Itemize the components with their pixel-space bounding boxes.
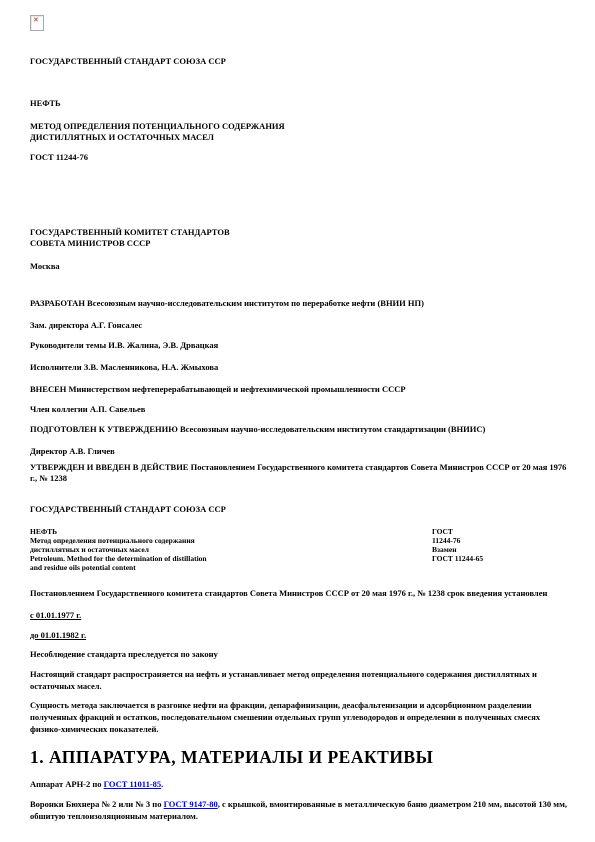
enactment-date-from: с 01.01.1977 г. (30, 610, 567, 621)
deputy-director-line: Зам. директора А.Г. Гонсалес (30, 320, 567, 331)
law-notice: Несоблюдение стандарта преследуется по з… (30, 649, 567, 660)
standard-title-en-line1: Petroleum. Method for the determination … (30, 554, 432, 563)
standard-block-union-standard: ГОСУДАРСТВЕННЫЙ СТАНДАРТ СОЮЗА ССР (30, 504, 567, 515)
submitted-by-line: ВНЕСЕН Министерством нефтеперерабатывающ… (30, 384, 567, 395)
prepared-by-line: ПОДГОТОВЛЕН К УТВЕРЖДЕНИЮ Всесоюзным нау… (30, 424, 567, 435)
method-title-line2: ДИСТИЛЛЯТНЫХ И ОСТАТОЧНЫХ МАСЕЛ (30, 132, 567, 143)
standard-title-en-line2: and residue oils potential content (30, 563, 432, 572)
standard-title-ru-line2: дистиллятных и остаточных масел (30, 545, 432, 554)
gost-11011-85-link[interactable]: ГОСТ 11011-85 (104, 779, 162, 789)
standard-code-label: ГОСТ (432, 527, 483, 536)
executors-line: Исполнители З.В. Масленникова, Н.А. Жмых… (30, 362, 567, 373)
committee-line2: СОВЕТА МИНИСТРОВ СССР (30, 238, 567, 249)
city-label: Москва (30, 261, 567, 272)
standard-subject-ru: НЕФТЬ (30, 527, 432, 536)
standard-title-ru-line1: Метод определения потенциального содержа… (30, 536, 432, 545)
funnel-text-prefix: Воронки Бюхнера № 2 или № 3 по (30, 799, 164, 809)
scope-paragraph: Настоящий стандарт распространяется на н… (30, 668, 567, 692)
developed-by-line: РАЗРАБОТАН Всесоюзным научно-исследовате… (30, 298, 567, 309)
standard-code-number: 11244-76 (432, 536, 483, 545)
section-1-heading: 1. АППАРАТУРА, МАТЕРИАЛЫ И РЕАКТИВЫ (30, 745, 567, 769)
standard-titles: НЕФТЬ Метод определения потенциального с… (30, 527, 432, 572)
standard-replaces-label: Взамен (432, 545, 483, 554)
broken-image-icon: ✕ (30, 15, 44, 31)
masthead-gost-number: ГОСТ 11244-76 (30, 152, 567, 163)
approved-line: УТВЕРЖДЕН И ВВЕДЕН В ДЕЙСТВИЕ Постановле… (30, 462, 567, 484)
document-page: ✕ ГОСУДАРСТВЕННЫЙ СТАНДАРТ СОЮЗА ССР НЕФ… (0, 0, 595, 842)
funnel-paragraph: Воронки Бюхнера № 2 или № 3 по ГОСТ 9147… (30, 798, 567, 822)
standard-replaces-number: ГОСТ 11244-65 (432, 554, 483, 563)
committee-line1: ГОСУДАРСТВЕННЫЙ КОМИТЕТ СТАНДАРТОВ (30, 227, 567, 238)
director-line: Директор А.В. Гличев (30, 446, 567, 457)
apparatus-text-prefix: Аппарат АРН-2 по (30, 779, 104, 789)
topic-leaders-line: Руководители темы И.В. Жалина, Э.В. Дрва… (30, 340, 567, 351)
red-x-icon: ✕ (33, 17, 39, 24)
masthead-method-title: МЕТОД ОПРЕДЕЛЕНИЯ ПОТЕНЦИАЛЬНОГО СОДЕРЖА… (30, 121, 567, 143)
apparatus-text-suffix: . (161, 779, 163, 789)
enactment-decree: Постановлением Государственного комитета… (30, 587, 567, 600)
board-member-line: Член коллегии А.П. Савельев (30, 404, 567, 415)
essence-paragraph: Сущность метода заключается в разгонке н… (30, 699, 567, 735)
standard-codes: ГОСТ 11244-76 Взамен ГОСТ 11244-65 (432, 527, 483, 572)
masthead-subject: НЕФТЬ (30, 98, 567, 109)
standard-designation-table: НЕФТЬ Метод определения потенциального с… (30, 527, 567, 572)
enactment-date-to: до 01.01.1982 г. (30, 630, 567, 641)
apparatus-paragraph: Аппарат АРН-2 по ГОСТ 11011-85. (30, 779, 567, 790)
gost-9147-80-link[interactable]: ГОСТ 9147-80 (164, 799, 218, 809)
method-title-line1: МЕТОД ОПРЕДЕЛЕНИЯ ПОТЕНЦИАЛЬНОГО СОДЕРЖА… (30, 121, 567, 132)
committee-block: ГОСУДАРСТВЕННЫЙ КОМИТЕТ СТАНДАРТОВ СОВЕТ… (30, 227, 567, 249)
masthead-union-standard: ГОСУДАРСТВЕННЫЙ СТАНДАРТ СОЮЗА ССР (30, 56, 567, 67)
